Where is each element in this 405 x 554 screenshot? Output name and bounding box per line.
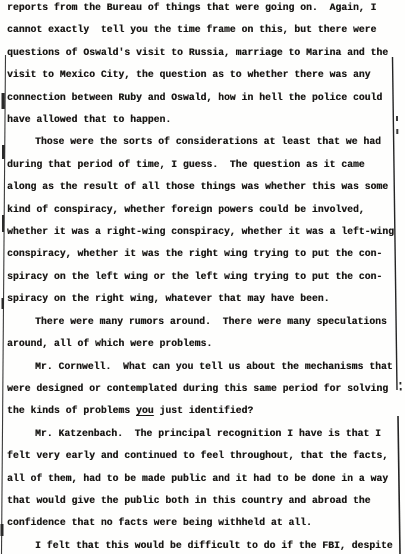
transcript-line: cannot exactly tell you the time frame o… bbox=[7, 19, 399, 41]
transcript-line: Mr. Katzenbach. The principal recognitio… bbox=[7, 423, 399, 445]
transcript-line: spiracy on the left wing or the left win… bbox=[7, 266, 399, 288]
transcript-text: reports from the Bureau of things that w… bbox=[7, 0, 399, 554]
transcript-line: that would give the public both in this … bbox=[7, 490, 399, 512]
transcript-line: kind of conspiracy, whether foreign powe… bbox=[7, 199, 399, 221]
transcript-line: around, all of which were problems. bbox=[7, 333, 399, 355]
scan-edge-mark bbox=[1, 524, 4, 536]
transcript-line: have allowed that to happen. bbox=[7, 109, 399, 131]
scan-edge-dot bbox=[400, 388, 402, 391]
scan-edge-mark bbox=[2, 298, 5, 309]
scan-edge-mark bbox=[2, 93, 5, 109]
transcript-line: conspiracy, whether it was the right win… bbox=[7, 243, 399, 265]
transcript-line: There were many rumors around. There wer… bbox=[7, 311, 399, 333]
transcript-line: were designed or contemplated during thi… bbox=[7, 378, 399, 400]
scan-edge-mark bbox=[2, 215, 5, 232]
transcript-line: spiracy on the right wing, whatever that… bbox=[7, 288, 399, 310]
transcript-line: Those were the sorts of considerations a… bbox=[7, 131, 399, 153]
underlined-word: you bbox=[136, 405, 154, 416]
transcript-line: reports from the Bureau of things that w… bbox=[7, 0, 399, 19]
transcript-line: during that period of time, I guess. The… bbox=[7, 154, 399, 176]
transcript-line: I felt that this would be difficult to d… bbox=[7, 535, 399, 554]
transcript-line: the kinds of problems you just identifie… bbox=[7, 400, 399, 422]
transcript-line: connection between Ruby and Oswald, how … bbox=[7, 87, 399, 109]
transcript-line: whether it was a right-wing conspiracy, … bbox=[7, 221, 399, 243]
transcript-line: along as the result of all those things … bbox=[7, 176, 399, 198]
transcript-line: Mr. Cornwell. What can you tell us about… bbox=[7, 356, 399, 378]
document-page: reports from the Bureau of things that w… bbox=[0, 0, 405, 554]
transcript-line: questions of Oswald's visit to Russia, m… bbox=[7, 42, 399, 64]
transcript-line: felt very early and continued to feel th… bbox=[7, 445, 399, 467]
transcript-line: all of them, had to be made public and i… bbox=[7, 468, 399, 490]
transcript-line: visit to Mexico City, the question as to… bbox=[7, 64, 399, 86]
transcript-line: confidence that no facts were being with… bbox=[7, 512, 399, 534]
scan-edge-mark bbox=[2, 145, 5, 159]
scan-edge-dot bbox=[400, 382, 402, 385]
scan-edge-line-left bbox=[2, 55, 6, 554]
